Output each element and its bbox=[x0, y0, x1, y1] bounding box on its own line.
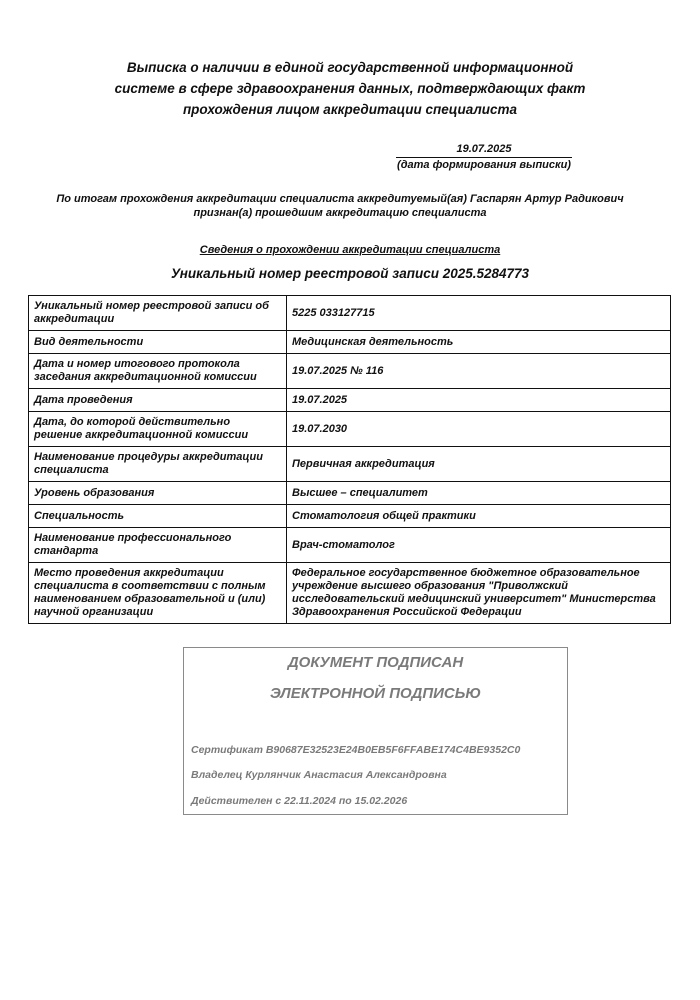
row-label: Наименование профессионального стандарта bbox=[29, 528, 287, 563]
registry-number: Уникальный номер реестровой записи 2025.… bbox=[100, 266, 600, 281]
formation-date-block: 19.07.2025 (дата формирования выписки) bbox=[396, 143, 572, 172]
row-label: Вид деятельности bbox=[29, 331, 287, 354]
stamp-line-2: ЭЛЕКТРОННОЙ ПОДПИСЬЮ bbox=[184, 685, 567, 702]
table-row: Дата, до которой действительно решение а… bbox=[29, 412, 671, 447]
accreditation-result: По итогам прохождения аккредитации специ… bbox=[20, 192, 660, 220]
document-title: Выписка о наличии в единой государственн… bbox=[90, 57, 610, 120]
stamp-validity: Действителен с 22.11.2024 по 15.02.2026 bbox=[191, 795, 407, 807]
row-value: 19.07.2025 № 116 bbox=[287, 354, 671, 389]
formation-date-caption: (дата формирования выписки) bbox=[396, 158, 572, 172]
title-line: Выписка о наличии в единой государственн… bbox=[90, 57, 610, 78]
stamp-certificate: Сертификат B90687E32523E24B0EB5F6FFABE17… bbox=[191, 744, 520, 756]
row-label: Место проведения аккредитации специалист… bbox=[29, 563, 287, 624]
table-row: Уникальный номер реестровой записи об ак… bbox=[29, 296, 671, 331]
table-row: Вид деятельностиМедицинская деятельность bbox=[29, 331, 671, 354]
formation-date: 19.07.2025 bbox=[396, 143, 572, 158]
result-line-2: признан(а) прошедшим аккредитацию специа… bbox=[20, 206, 660, 220]
table-row: Уровень образованияВысшее – специалитет bbox=[29, 482, 671, 505]
title-line: прохождения лицом аккредитации специалис… bbox=[90, 99, 610, 120]
table-row: Дата и номер итогового протокола заседан… bbox=[29, 354, 671, 389]
row-value: Высшее – специалитет bbox=[287, 482, 671, 505]
row-value: Медицинская деятельность bbox=[287, 331, 671, 354]
row-label: Уникальный номер реестровой записи об ак… bbox=[29, 296, 287, 331]
table-row: Наименование процедуры аккредитации спец… bbox=[29, 447, 671, 482]
table-row: Дата проведения19.07.2025 bbox=[29, 389, 671, 412]
title-line: системе в сфере здравоохранения данных, … bbox=[90, 78, 610, 99]
table-row: Место проведения аккредитации специалист… bbox=[29, 563, 671, 624]
row-value: Врач-стоматолог bbox=[287, 528, 671, 563]
table-row: Наименование профессионального стандарта… bbox=[29, 528, 671, 563]
stamp-line-1: ДОКУМЕНТ ПОДПИСАН bbox=[184, 654, 567, 671]
row-label: Дата, до которой действительно решение а… bbox=[29, 412, 287, 447]
row-label: Наименование процедуры аккредитации спец… bbox=[29, 447, 287, 482]
row-value: 19.07.2025 bbox=[287, 389, 671, 412]
row-label: Специальность bbox=[29, 505, 287, 528]
stamp-owner: Владелец Курлянчик Анастасия Александров… bbox=[191, 769, 447, 781]
electronic-signature-stamp: ДОКУМЕНТ ПОДПИСАН ЭЛЕКТРОННОЙ ПОДПИСЬЮ С… bbox=[183, 647, 568, 815]
section-heading: Сведения о прохождении аккредитации спец… bbox=[100, 244, 600, 256]
row-value: 19.07.2030 bbox=[287, 412, 671, 447]
row-value: Федеральное государственное бюджетное об… bbox=[287, 563, 671, 624]
row-value: Стоматология общей практики bbox=[287, 505, 671, 528]
row-label: Уровень образования bbox=[29, 482, 287, 505]
table-row: СпециальностьСтоматология общей практики bbox=[29, 505, 671, 528]
row-value: Первичная аккредитация bbox=[287, 447, 671, 482]
row-label: Дата и номер итогового протокола заседан… bbox=[29, 354, 287, 389]
result-line-1: По итогам прохождения аккредитации специ… bbox=[20, 192, 660, 206]
row-label: Дата проведения bbox=[29, 389, 287, 412]
row-value: 5225 033127715 bbox=[287, 296, 671, 331]
accreditation-table: Уникальный номер реестровой записи об ак… bbox=[28, 295, 671, 624]
